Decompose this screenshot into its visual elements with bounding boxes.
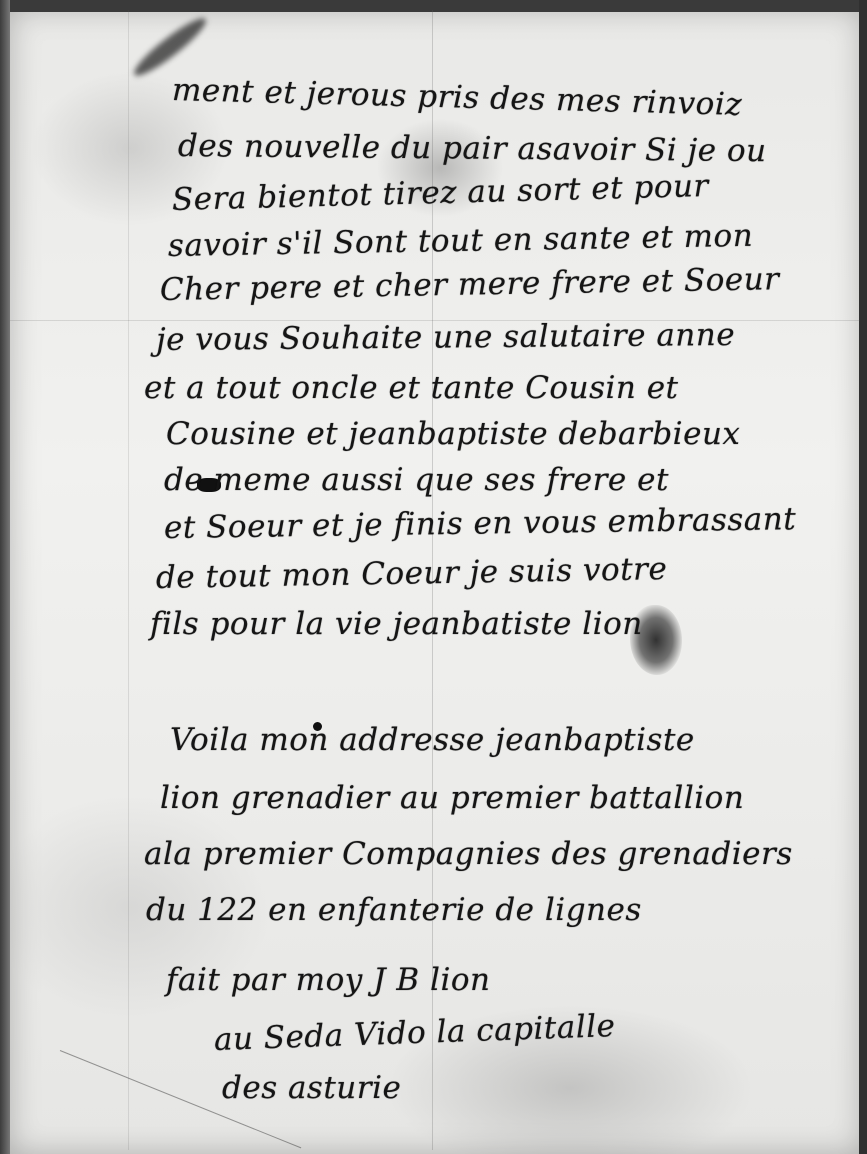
address-line: Voila mon addresse jeanbaptiste	[170, 722, 695, 758]
address-line: fait par moy J B lion	[166, 962, 490, 998]
address-line: lion grenadier au premier battallion	[160, 780, 744, 816]
address-line: du 122 en enfanterie de lignes	[146, 892, 642, 928]
address-line: au Seda Vido la capitalle	[213, 1008, 616, 1058]
address-line: des asturie	[222, 1070, 401, 1106]
address-block: Voila mon addresse jeanbaptiste lion gre…	[0, 0, 867, 1154]
address-line: ala premier Compagnies des grenadiers	[144, 836, 793, 872]
